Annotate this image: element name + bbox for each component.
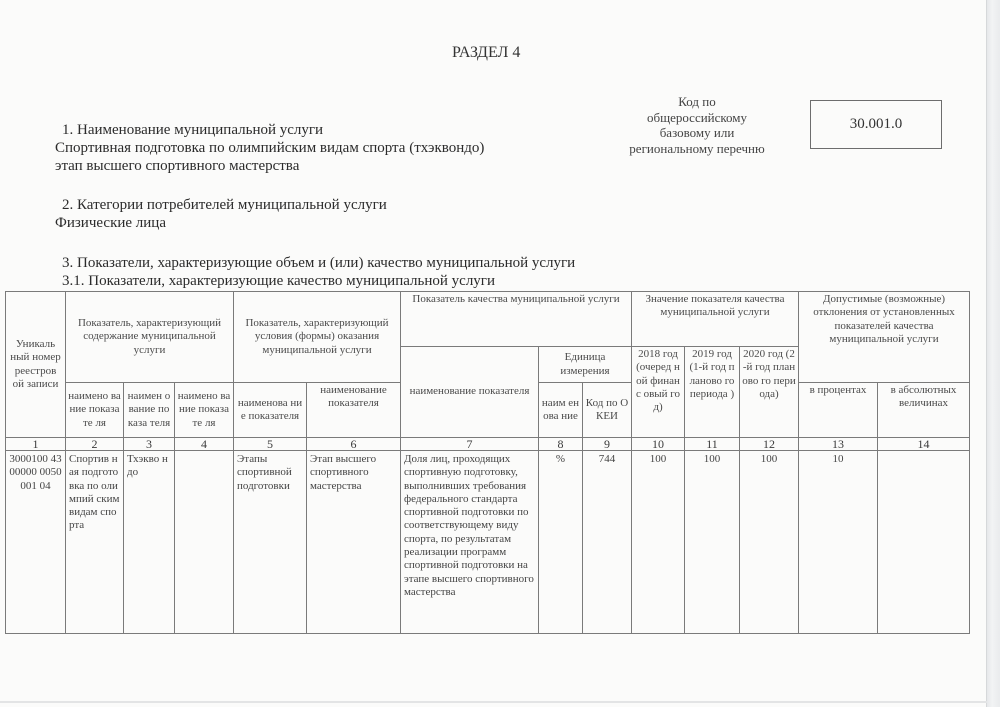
column-number: 13	[799, 438, 878, 451]
header-unit-okei: Код по ОКЕИ	[583, 383, 632, 438]
header-value-group: Значение показателя качества муниципальн…	[632, 292, 799, 347]
item3-heading: 3. Показатели, характеризующие объем и (…	[62, 254, 575, 272]
header-conditions-sub-1: наименова ние показателя	[234, 383, 307, 438]
column-number: 14	[878, 438, 970, 451]
service-name-line1: Спортивная подготовка по олимпийским вид…	[55, 139, 484, 157]
header-unit-name: наим енова ние	[539, 383, 583, 438]
header-content-group: Показатель, характеризующий содержание м…	[66, 292, 234, 383]
header-content-sub-1: наимено вание показате ля	[66, 383, 124, 438]
header-year-2018: 2018 год (очеред ной финанс овый год)	[632, 347, 685, 438]
header-conditions-group: Показатель, характеризующий условия (фор…	[234, 292, 401, 383]
cell-value-2020: 100	[740, 451, 799, 634]
column-number: 4	[175, 438, 234, 451]
column-number: 10	[632, 438, 685, 451]
service-name-line2: этап высшего спортивного мастерства	[55, 157, 299, 175]
column-numbers-row: 1 2 3 4 5 6 7 8 9 10 11 12 13 14	[6, 438, 970, 451]
column-number: 8	[539, 438, 583, 451]
header-unit-group: Единица измерения	[539, 347, 632, 383]
column-number: 5	[234, 438, 307, 451]
column-number: 7	[401, 438, 539, 451]
cell-value-2018: 100	[632, 451, 685, 634]
header-registry-number: Уникаль ный номер реестров ой записи	[6, 292, 66, 438]
cell-content-3	[175, 451, 234, 634]
header-deviation-percent: в процентах	[799, 383, 878, 438]
quality-indicators-table: Уникаль ный номер реестров ой записи Пок…	[5, 291, 970, 634]
header-quality-group: Показатель качества муниципальной услуги	[401, 292, 632, 347]
header-indicator-name: наименование показателя	[401, 347, 539, 438]
cell-unit-name: %	[539, 451, 583, 634]
code-label-line: общероссийскому	[617, 110, 777, 126]
consumer-category: Физические лица	[55, 214, 166, 232]
item3-sub-heading: 3.1. Показатели, характеризующие качеств…	[62, 272, 495, 290]
header-year-2019: 2019 год (1-й год планово го периода )	[685, 347, 740, 438]
header-deviation-absolute: в абсолютных величинах	[878, 383, 970, 438]
cell-content-2: Тхэкво ндо	[124, 451, 175, 634]
cell-unit-okei: 744	[583, 451, 632, 634]
column-number: 9	[583, 438, 632, 451]
item2-heading: 2. Категории потребителей муниципальной …	[62, 196, 387, 214]
registry-code-box: 30.001.0	[810, 100, 942, 149]
header-deviation-group: Допустимые (возможные) отклонения от уст…	[799, 292, 970, 383]
section-title: РАЗДЕЛ 4	[452, 44, 520, 62]
cell-deviation-percent: 10	[799, 451, 878, 634]
code-label: Код по общероссийскому базовому или реги…	[617, 94, 777, 156]
header-content-sub-3: наимено вание показате ля	[175, 383, 234, 438]
code-label-line: Код по	[617, 94, 777, 110]
column-number: 3	[124, 438, 175, 451]
cell-value-2019: 100	[685, 451, 740, 634]
item1-heading: 1. Наименование муниципальной услуги	[62, 121, 323, 139]
column-number: 2	[66, 438, 124, 451]
column-number: 11	[685, 438, 740, 451]
cell-registry-number: 3000100 4300000 0050001 04	[6, 451, 66, 634]
column-number: 12	[740, 438, 799, 451]
cell-deviation-absolute	[878, 451, 970, 634]
scan-edge	[986, 0, 1000, 707]
code-label-line: базовому или	[617, 125, 777, 141]
header-conditions-sub-2: наименование показателя	[307, 383, 401, 438]
header-year-2020: 2020 год (2-й год планово го периода)	[740, 347, 799, 438]
registry-code-value: 30.001.0	[850, 116, 903, 133]
cell-conditions-2: Этап высшего спортивного мастерства	[307, 451, 401, 634]
scan-artifact	[0, 701, 987, 703]
cell-content-1: Спортив ная подгото вка по олимпий ским …	[66, 451, 124, 634]
cell-conditions-1: Этапы спортивной подготовки	[234, 451, 307, 634]
table-row: 3000100 4300000 0050001 04 Спортив ная п…	[6, 451, 970, 634]
header-content-sub-2: наимен ование показа теля	[124, 383, 175, 438]
column-number: 6	[307, 438, 401, 451]
column-number: 1	[6, 438, 66, 451]
cell-indicator: Доля лиц, проходящих спортивную подготов…	[401, 451, 539, 634]
code-label-line: региональному перечню	[617, 141, 777, 157]
